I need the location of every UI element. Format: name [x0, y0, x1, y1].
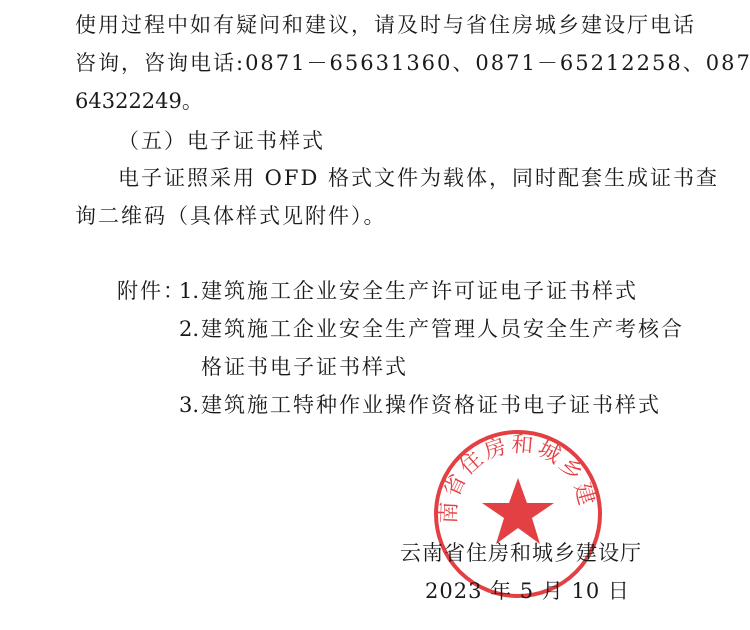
attachment-2-number: 2. [179, 316, 199, 342]
attachment-3-title: 建筑施工特种作业操作资格证书电子证书样式 [201, 392, 661, 418]
attachment-2-title-line-1: 建筑施工企业安全生产管理人员安全生产考核合 [201, 316, 684, 342]
attachment-1-title: 建筑施工企业安全生产许可证电子证书样式 [201, 278, 638, 304]
attachments-label: 附件： [117, 278, 186, 304]
official-seal: 云南省住房和城乡建设厅 [432, 428, 604, 600]
star-icon [482, 478, 554, 544]
format-paragraph-line-2: 询二维码（具体样式见附件）。 [75, 203, 387, 229]
signature-date: 2023 年 5 月 10 日 [425, 578, 630, 604]
section-heading: （五）电子证书样式 [118, 128, 325, 154]
contact-paragraph-line-2: 咨询，咨询电话:0871－65631360、0871－65212258、0871… [75, 50, 750, 76]
attachment-2-title-line-2: 格证书电子证书样式 [201, 354, 408, 380]
contact-paragraph-line-1: 使用过程中如有疑问和建议，请及时与省住房城乡建设厅电话 [75, 12, 696, 38]
signature-organization: 云南省住房和城乡建设厅 [400, 540, 642, 566]
format-paragraph-line-1: 电子证照采用 OFD 格式文件为载体，同时配套生成证书查 [118, 165, 719, 191]
contact-paragraph-line-3: 64322249。 [75, 88, 203, 114]
attachment-3-number: 3. [179, 392, 199, 418]
attachment-1-number: 1. [179, 278, 199, 304]
